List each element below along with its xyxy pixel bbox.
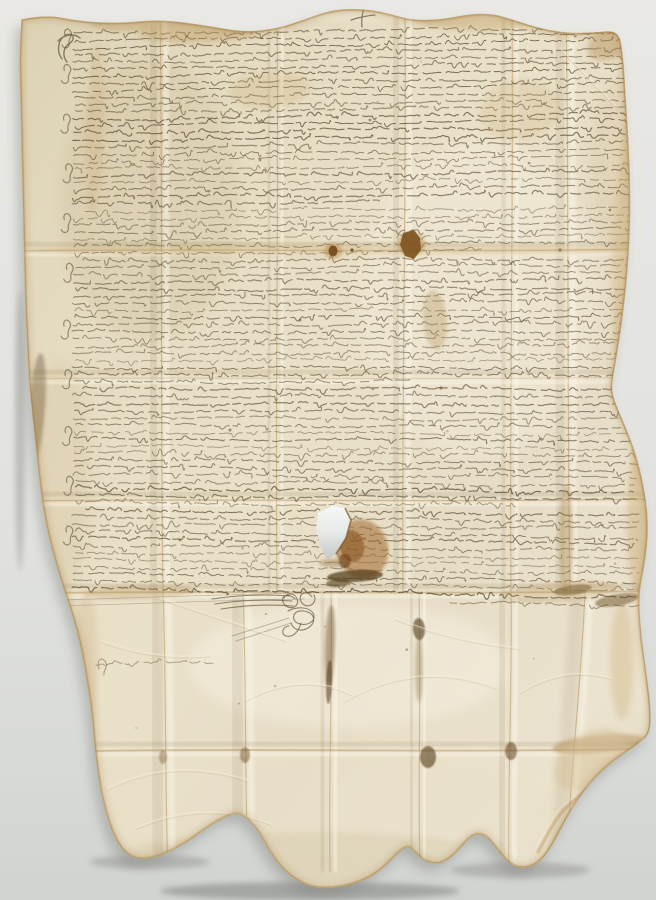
manuscript-photo — [0, 0, 656, 900]
photo-stage — [0, 0, 656, 900]
wormhole — [329, 246, 338, 257]
manuscript-photo-figure — [0, 0, 656, 900]
wormhole — [350, 248, 353, 251]
